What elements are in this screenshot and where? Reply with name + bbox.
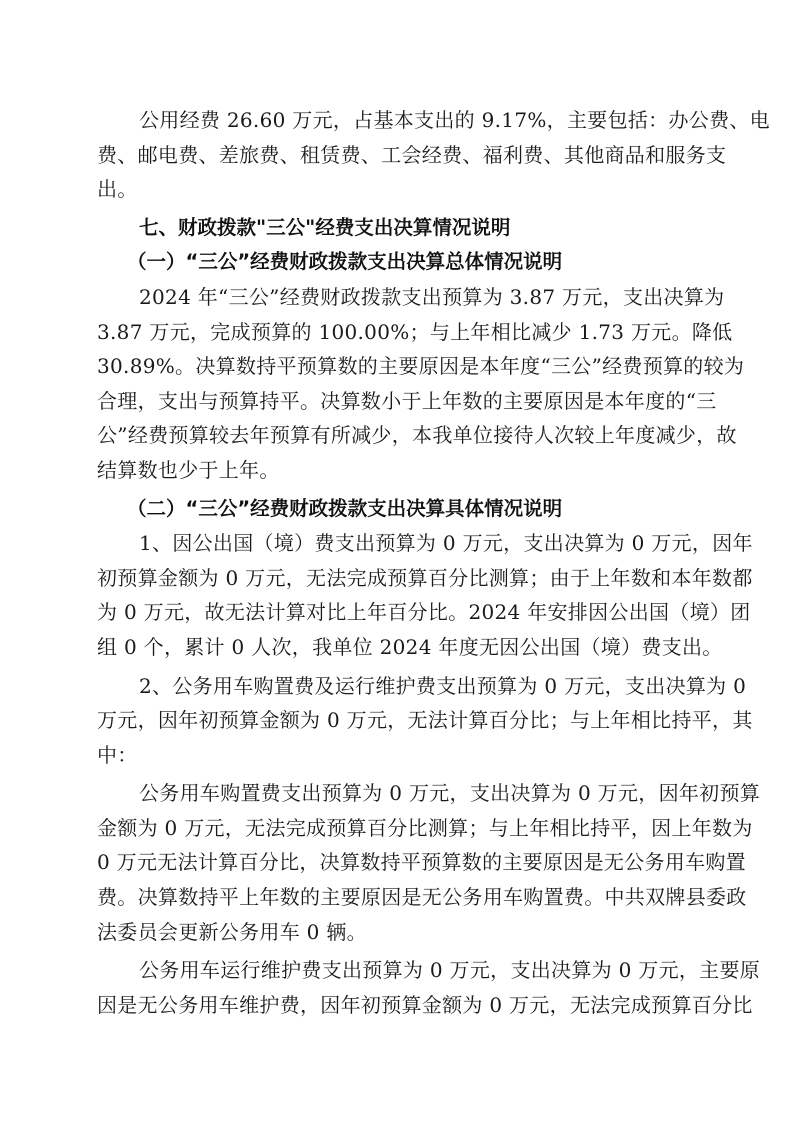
text-line: 出。 bbox=[97, 172, 698, 207]
text-line: 中： bbox=[97, 738, 698, 773]
text-line: 因是无公务用车维护费，因年初预算金额为 0 万元，无法完成预算百分比 bbox=[97, 988, 698, 1023]
text-line: 结算数也少于上年。 bbox=[97, 453, 698, 488]
text-line: 合理，支出与预算持平。决算数小于上年数的主要原因是本年度的“三 bbox=[97, 384, 698, 419]
text-line: 费。决算数持平上年数的主要原因是无公务用车购置费。中共双牌县委政 bbox=[97, 880, 698, 915]
text-line: 3.87 万元，完成预算的 100.00%；与上年相比减少 1.73 万元。降低 bbox=[97, 315, 698, 350]
text-line: 公”经费预算较去年预算有所减少，本我单位接待人次较上年度减少，故 bbox=[97, 418, 698, 453]
paragraph-vehicle-maintenance: 公务用车运行维护费支出预算为 0 万元，支出决算为 0 万元，主要原 因是无公务… bbox=[97, 953, 698, 1022]
text-line: 公用经费 26.60 万元，占基本支出的 9.17%，主要包括：办公费、电 bbox=[97, 103, 698, 138]
text-line: 为 0 万元，故无法计算对比上年百分比。2024 年安排因公出国（境）团 bbox=[97, 595, 698, 630]
paragraph-overseas-travel: 1、因公出国（境）费支出预算为 0 万元，支出决算为 0 万元，因年 初预算金额… bbox=[97, 526, 698, 664]
text-line: 公务用车运行维护费支出预算为 0 万元，支出决算为 0 万元，主要原 bbox=[97, 953, 698, 988]
paragraph-vehicle-purchase: 公务用车购置费支出预算为 0 万元，支出决算为 0 万元，因年初预算 金额为 0… bbox=[97, 776, 698, 949]
text-line: 2、公务用车购置费及运行维护费支出预算为 0 万元，支出决算为 0 bbox=[97, 669, 698, 704]
text-line: 金额为 0 万元，无法完成预算百分比测算；与上年相比持平，因上年数为 bbox=[97, 811, 698, 846]
section-heading: 七、财政拨款"三公"经费支出决算情况说明 bbox=[97, 211, 698, 246]
text-line: 公务用车购置费支出预算为 0 万元，支出决算为 0 万元，因年初预算 bbox=[97, 776, 698, 811]
subsection-heading: （一）“三公”经费财政拨款支出决算总体情况说明 bbox=[97, 245, 698, 280]
text-line: 1、因公出国（境）费支出预算为 0 万元，支出决算为 0 万元，因年 bbox=[97, 526, 698, 561]
paragraph-overall: 2024 年“三公”经费财政拨款支出预算为 3.87 万元，支出决算为 3.87… bbox=[97, 280, 698, 488]
text-line: 法委员会更新公务用车 0 辆。 bbox=[97, 915, 698, 950]
text-line: 30.89%。决算数持平预算数的主要原因是本年度“三公”经费预算的较为 bbox=[97, 349, 698, 384]
text-line: 0 万元无法计算百分比，决算数持平预算数的主要原因是无公务用车购置 bbox=[97, 845, 698, 880]
text-line: 初预算金额为 0 万元，无法完成预算百分比测算；由于上年数和本年数都 bbox=[97, 561, 698, 596]
text-line: 费、邮电费、差旅费、租赁费、工会经费、福利费、其他商品和服务支 bbox=[97, 138, 698, 173]
subsection-heading: （二）“三公”经费财政拨款支出决算具体情况说明 bbox=[97, 492, 698, 527]
document-page: 公用经费 26.60 万元，占基本支出的 9.17%，主要包括：办公费、电 费、… bbox=[97, 103, 698, 1022]
text-line: 万元，因年初预算金额为 0 万元，无法计算百分比；与上年相比持平，其 bbox=[97, 703, 698, 738]
paragraph-vehicle-total: 2、公务用车购置费及运行维护费支出预算为 0 万元，支出决算为 0 万元，因年初… bbox=[97, 669, 698, 773]
text-line: 2024 年“三公”经费财政拨款支出预算为 3.87 万元，支出决算为 bbox=[97, 280, 698, 315]
paragraph-public-expense: 公用经费 26.60 万元，占基本支出的 9.17%，主要包括：办公费、电 费、… bbox=[97, 103, 698, 207]
text-line: 组 0 个，累计 0 人次，我单位 2024 年度无因公出国（境）费支出。 bbox=[97, 630, 698, 665]
